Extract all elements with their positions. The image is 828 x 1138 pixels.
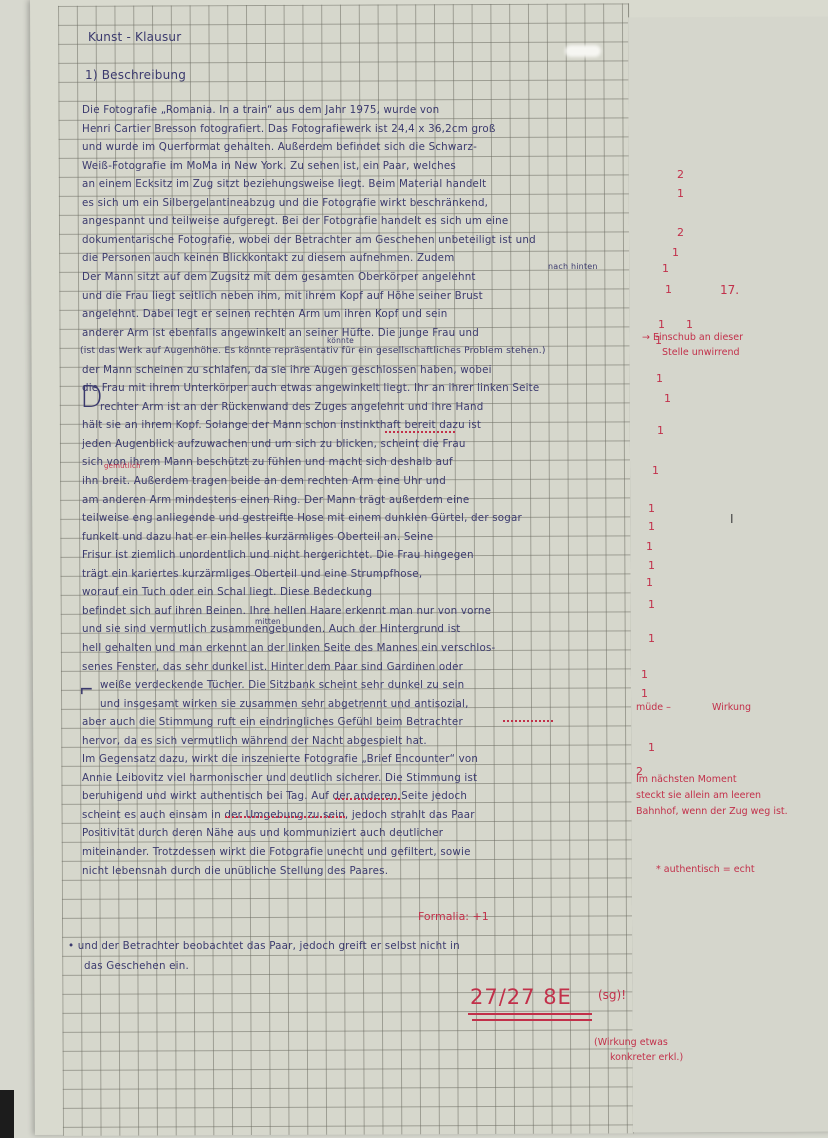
- essay-line: hervor, da es sich vermutlich während de…: [82, 735, 427, 747]
- margin-point: 1: [648, 598, 655, 611]
- essay-line: Die Fotografie „Romania. In a train“ aus…: [82, 104, 439, 116]
- essay-line: nicht lebensnah durch die unübliche Stel…: [82, 865, 388, 877]
- essay-line: hell gehalten und man erkennt an der lin…: [82, 642, 495, 654]
- essay-line: worauf ein Tuch oder ein Schal liegt. Di…: [82, 586, 372, 598]
- margin-point: 1: [648, 559, 655, 572]
- final-grade: 27/27 8E: [470, 985, 572, 1009]
- essay-line: Annie Leibovitz viel harmonischer und de…: [82, 772, 477, 784]
- essay-line: die Frau mit ihrem Unterkörper auch etwa…: [82, 382, 539, 394]
- redacted-name: [565, 45, 601, 57]
- annotation-mitten: mitten: [255, 617, 281, 626]
- essay-line: es sich um ein Silbergelantineabzug und …: [82, 197, 488, 209]
- margin-point: 1: [641, 687, 648, 700]
- margin-point: 2: [636, 765, 643, 778]
- comment-authentisch: * authentisch = echt: [656, 862, 755, 877]
- comment-wirkung-konkret-1: (Wirkung etwas: [594, 1035, 668, 1050]
- annotation-gemuetlich: gemütlich: [104, 462, 141, 470]
- annotation-koennte: könnte: [327, 336, 354, 345]
- annotation-nach-hinten: nach hinten: [548, 262, 598, 271]
- essay-line: Frisur ist ziemlich unordentlich und nic…: [82, 549, 474, 561]
- comment-wirkung: Wirkung: [712, 700, 751, 715]
- essay-line: Henri Cartier Bresson fotografiert. Das …: [82, 123, 496, 135]
- correction-margin: [628, 17, 828, 1133]
- essay-line: anderer Arm ist ebenfalls angewinkelt an…: [82, 327, 479, 339]
- margin-tick: I: [730, 512, 734, 526]
- margin-point: 1: [657, 424, 664, 437]
- essay-line: Positivität durch deren Nähe aus und kom…: [82, 827, 443, 839]
- comment-wirkung-konkret-2: konkreter erkl.): [610, 1050, 683, 1065]
- essay-line: und wurde im Querformat gehalten. Außerd…: [82, 141, 477, 153]
- margin-point: 1: [677, 187, 684, 200]
- margin-point: 1: [662, 262, 669, 275]
- exam-title: Kunst - Klausur: [88, 30, 181, 44]
- grade-underline-double: [472, 1019, 592, 1021]
- essay-line: teilweise eng anliegende und gestreifte …: [82, 512, 522, 524]
- margin-point: 1: [648, 520, 655, 533]
- essay-line: angespannt und teilweise aufgeregt. Bei …: [82, 215, 508, 227]
- margin-point: 1: [646, 576, 653, 589]
- margin-point: 2: [677, 226, 684, 239]
- margin-point: 1: [646, 540, 653, 553]
- essay-line: weiße verdeckende Tücher. Die Sitzbank s…: [100, 679, 464, 691]
- margin-point: 1: [652, 464, 659, 477]
- essay-line: Der Mann sitzt auf dem Zugsitz mit dem g…: [82, 271, 476, 283]
- margin-point: 1: [672, 246, 679, 259]
- essay-line: aber auch die Stimmung ruft ein eindring…: [82, 716, 463, 728]
- inserted-line: das Geschehen ein.: [84, 960, 189, 972]
- underline-deutlich-sicherer: [335, 794, 400, 800]
- grade-remark: (sg)!: [598, 988, 626, 1002]
- essay-line: Im Gegensatz dazu, wirkt die inszenierte…: [82, 753, 478, 765]
- essay-line: (ist das Werk auf Augenhöhe. Es könnte r…: [80, 345, 546, 356]
- insertion-bracket-2: ⌐: [80, 676, 93, 702]
- essay-line: Weiß-Fotografie im MoMa in New York. Zu …: [82, 160, 456, 172]
- margin-point: 1: [648, 502, 655, 515]
- essay-line: und insgesamt wirken sie zusammen sehr a…: [100, 698, 469, 710]
- margin-point: 1: [658, 318, 665, 331]
- margin-point: 1: [648, 632, 655, 645]
- underline-instinkthaft: [385, 427, 455, 433]
- margin-point: 1: [648, 741, 655, 754]
- essay-line: senes Fenster, das sehr dunkel ist. Hint…: [82, 661, 463, 673]
- essay-line: und die Frau liegt seitlich neben ihm, m…: [82, 290, 483, 302]
- essay-line: angelehnt. Dabei legt er seinen rechten …: [82, 308, 447, 320]
- essay-line: ihn breit. Außerdem tragen beide an dem …: [82, 475, 446, 487]
- essay-line: jeden Augenblick aufzuwachen und um sich…: [82, 438, 466, 450]
- essay-line: funkelt und dazu hat er ein helles kurzä…: [82, 531, 433, 543]
- margin-point: 1: [664, 392, 671, 405]
- margin-point: 2: [677, 168, 684, 181]
- margin-point: 1: [686, 318, 693, 331]
- underline-antisozial: [503, 716, 553, 722]
- essay-line: trägt ein kariertes kurzärmliges Obertei…: [82, 568, 422, 580]
- inserted-line: • und der Betrachter beobachtet das Paar…: [68, 940, 460, 952]
- margin-subtotal: 17.: [720, 283, 739, 297]
- essay-line: dokumentarische Fotografie, wobei der Be…: [82, 234, 536, 246]
- essay-line: beruhigend und wirkt authentisch bei Tag…: [82, 790, 467, 802]
- essay-line: miteinander. Trotzdessen wirkt die Fotog…: [82, 846, 471, 858]
- margin-point: 1: [656, 372, 663, 385]
- underline-authentisch: [225, 812, 345, 818]
- grade-underline: [468, 1013, 592, 1015]
- essay-line: am anderen Arm mindestens einen Ring. De…: [82, 494, 469, 506]
- formalia-score: Formalia: +1: [418, 910, 489, 923]
- comment-muede: müde –: [636, 700, 671, 715]
- essay-line: an einem Ecksitz im Zug sitzt beziehungs…: [82, 178, 486, 190]
- comment-naechster-moment-2: steckt sie allein am leeren: [636, 788, 761, 803]
- margin-point: 1: [655, 334, 662, 347]
- essay-line: der Mann scheinen zu schlafen, da sie ih…: [82, 364, 492, 376]
- comment-naechster-moment-3: Bahnhof, wenn der Zug weg ist.: [636, 804, 788, 819]
- essay-line: rechter Arm ist an der Rückenwand des Zu…: [100, 401, 483, 413]
- insertion-bracket: D: [80, 380, 103, 415]
- comment-stelle: Stelle unwirrend: [662, 345, 740, 360]
- desk-background: [0, 1090, 14, 1138]
- essay-line: die Personen auch keinen Blickkontakt zu…: [82, 252, 454, 264]
- comment-naechster-moment-1: Im nächsten Moment: [636, 772, 737, 787]
- section-heading: 1) Beschreibung: [85, 68, 186, 82]
- margin-point: 1: [641, 668, 648, 681]
- margin-point: 1: [665, 283, 672, 296]
- essay-line: befindet sich auf ihren Beinen. Ihre hel…: [82, 605, 491, 617]
